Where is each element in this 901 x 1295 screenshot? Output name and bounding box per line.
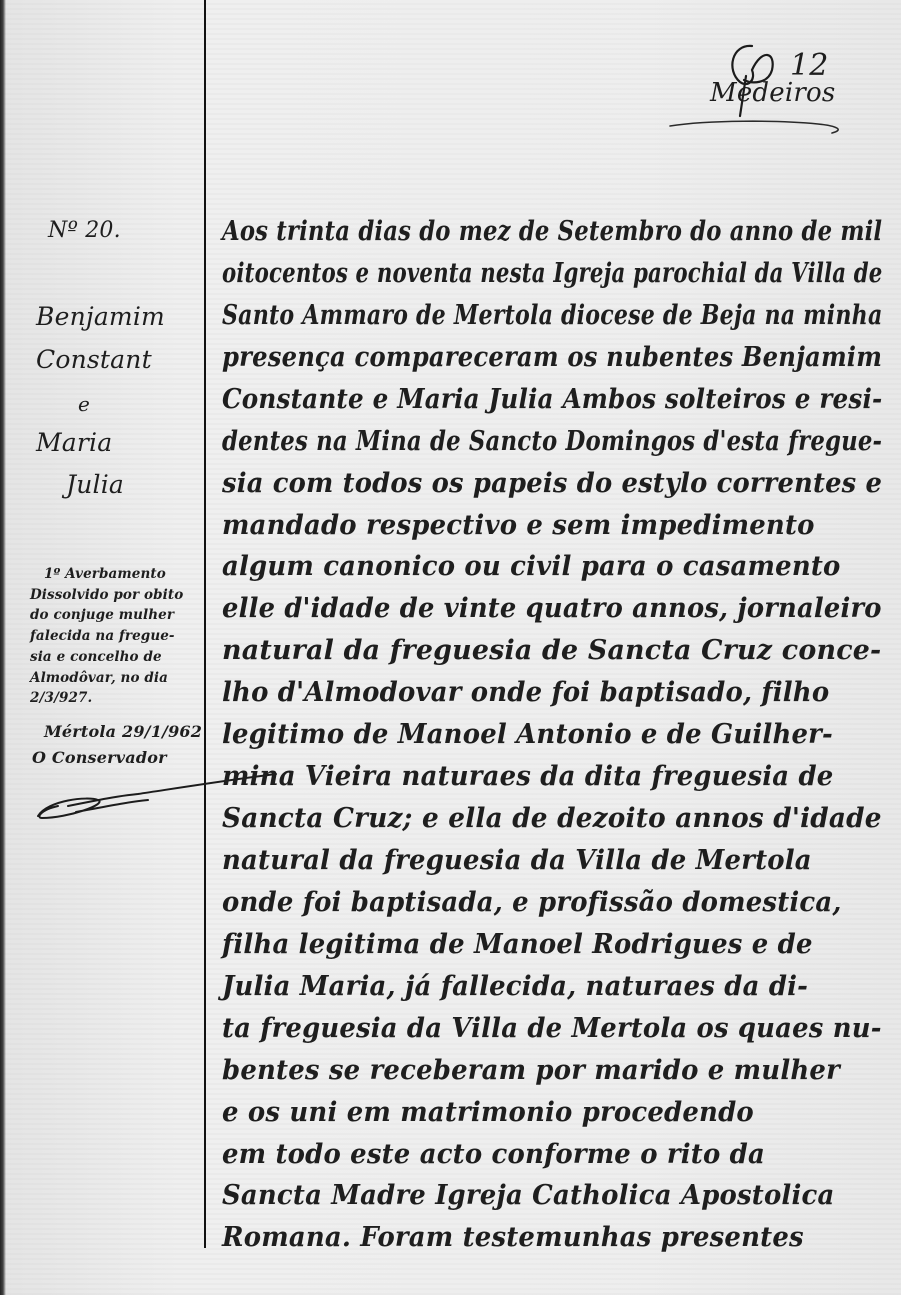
annotation-signer-title: O Conservador — [32, 748, 167, 767]
margin-groom-first-name: Benjamim — [36, 302, 165, 331]
body-text-line: e os uni em matrimonio procedendo — [222, 1097, 754, 1128]
annotation-place-date: Mértola 29/1/962 — [44, 722, 202, 741]
entry-number: Nº 20. — [48, 218, 121, 243]
body-text-line: filha legitima de Manoel Rodrigues e de — [222, 929, 813, 960]
body-text-line: bentes se receberam por marido e mulher — [222, 1055, 840, 1086]
body-text-line: Santo Ammaro de Mertola diocese de Beja … — [222, 300, 882, 331]
annotation-line: falecida na fregue- — [30, 628, 175, 644]
body-text-line: presença compareceram os nubentes Benjam… — [222, 342, 882, 373]
body-text-line: ta freguesia da Villa de Mertola os quae… — [222, 1013, 882, 1044]
body-text-line: algum canonico ou civil para o casamento — [222, 551, 841, 582]
margin-bride-first-name: Maria — [36, 428, 112, 457]
body-text-line: Constante e Maria Julia Ambos solteiros … — [222, 384, 882, 415]
body-text-line: elle d'idade de vinte quatro annos, jorn… — [222, 593, 882, 624]
body-text-line: lho d'Almodovar onde foi baptisado, filh… — [222, 677, 829, 708]
body-text-line: Julia Maria, já fallecida, naturaes da d… — [222, 971, 808, 1002]
body-text-line: oitocentos e noventa nesta Igreja paroch… — [222, 258, 883, 289]
body-text-line: em todo este acto conforme o rito da — [222, 1139, 765, 1170]
page-left-edge — [0, 0, 6, 1295]
header-signature: Medeiros — [710, 78, 835, 108]
body-text-line: legitimo de Manoel Antonio e de Guilher- — [222, 719, 833, 750]
body-text-line: Sancta Madre Igreja Catholica Apostolica — [222, 1180, 834, 1211]
body-text-line: natural da freguesia de Sancta Cruz conc… — [222, 635, 881, 666]
margin-groom-last-name: Constant — [36, 345, 152, 374]
body-text-line: mina Vieira naturaes da dita freguesia d… — [222, 761, 833, 792]
margin-divider-line — [204, 0, 206, 1248]
annotation-line: sia e concelho de — [30, 649, 162, 665]
annotation-title: 1º Averbamento — [44, 566, 166, 582]
body-text-line: dentes na Mina de Sancto Domingos d'esta… — [222, 426, 882, 457]
body-text-line: mandado respectivo e sem impedimento — [222, 510, 815, 541]
body-text-line: sia com todos os papeis do estylo corren… — [222, 468, 882, 499]
body-text-line: natural da freguesia da Villa de Mertola — [222, 845, 812, 876]
body-text-line: onde foi baptisada, e profissão domestic… — [222, 887, 842, 918]
annotation-line: Dissolvido por obito — [30, 587, 183, 603]
annotation-line: do conjuge mulher — [30, 607, 174, 623]
annotation-date: 2/3/927. — [30, 690, 92, 706]
document-page: 12 Medeiros Nº 20. Benjamim Constant e M… — [0, 0, 901, 1295]
margin-bride-last-name: Julia — [66, 470, 124, 499]
signature-underline-flourish-icon — [668, 118, 848, 136]
margin-conjunction: e — [78, 392, 90, 416]
body-text-line: Aos trinta dias do mez de Setembro do an… — [222, 216, 882, 247]
body-text-line: Sancta Cruz; e ella de dezoito annos d'i… — [222, 803, 882, 834]
annotation-line: Almodôvar, no dia — [30, 670, 168, 686]
body-text-line: Romana. Foram testemunhas presentes — [222, 1222, 804, 1253]
